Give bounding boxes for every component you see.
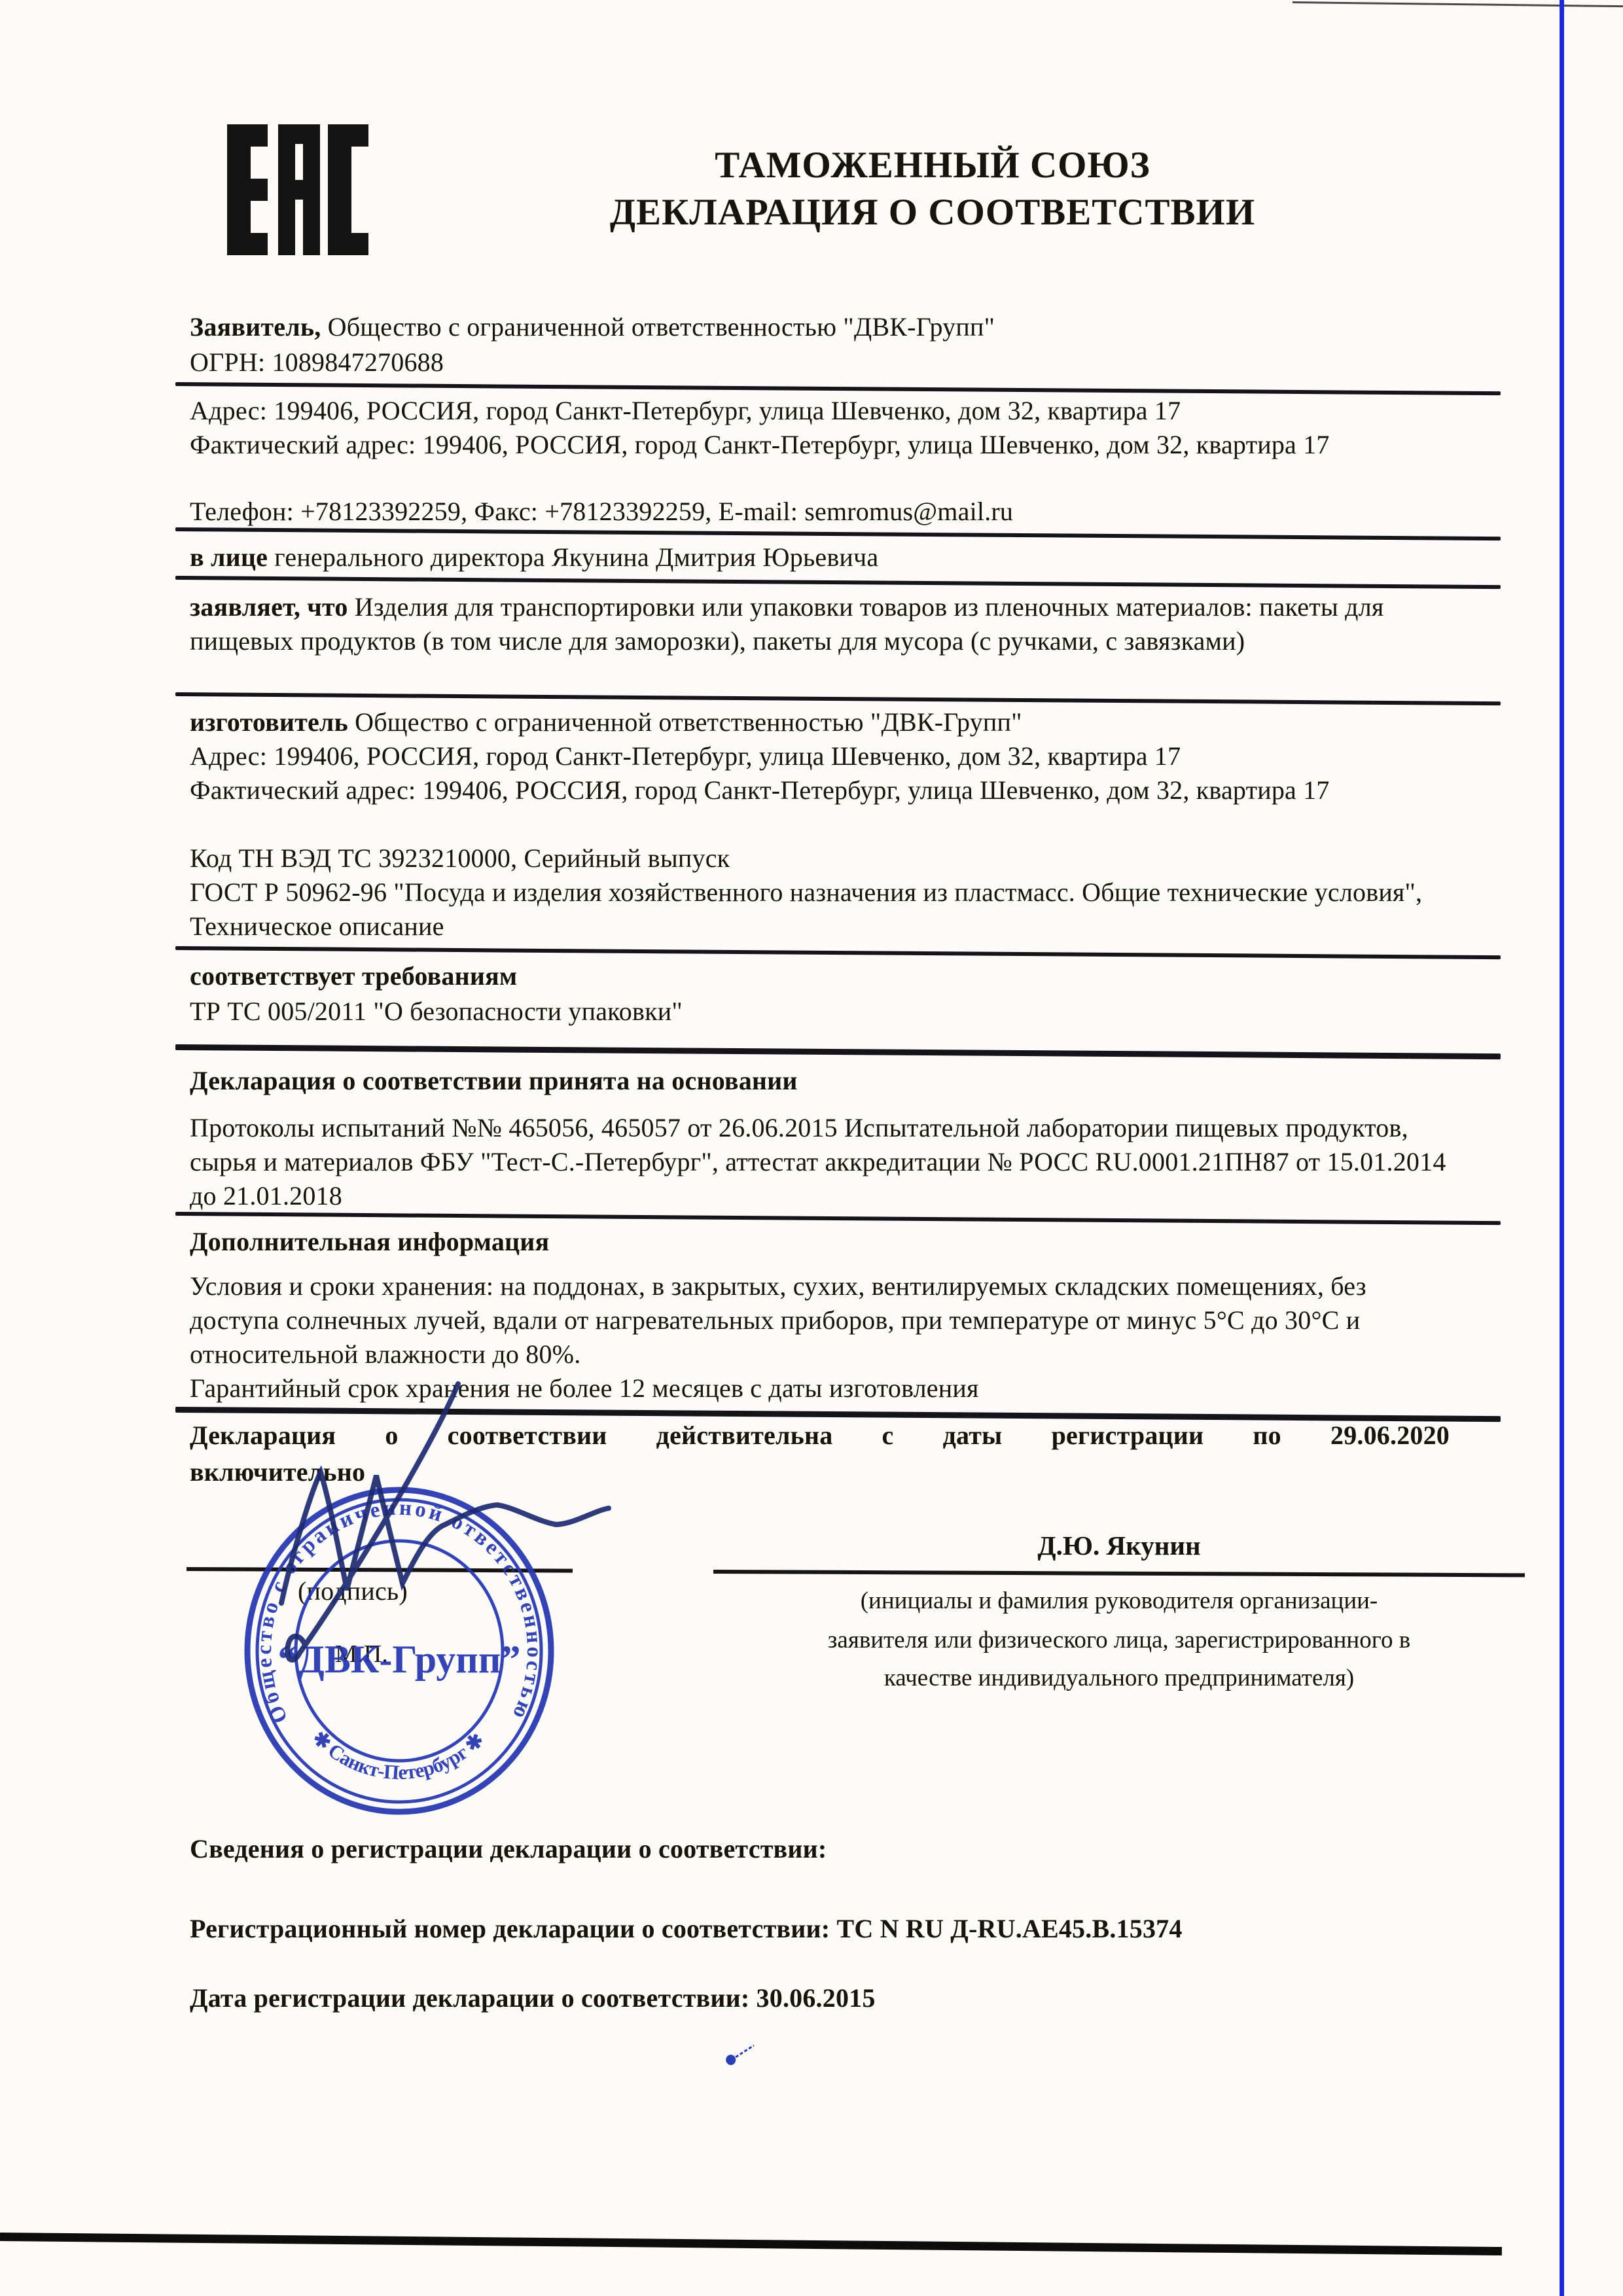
applicant-label: Заявитель, <box>190 312 321 342</box>
divider-rule <box>175 1044 1501 1059</box>
signatory-caption-2: заявителя или физического лица, зарегист… <box>713 1623 1525 1657</box>
divider-rule <box>175 1212 1501 1225</box>
manufacturer-address: Адрес: 199406, РОССИЯ, город Санкт-Петер… <box>190 739 1472 773</box>
manufacturer-line: изготовитель Общество с ограниченной отв… <box>190 705 1472 739</box>
registration-number: Регистрационный номер декларации о соотв… <box>190 1912 1472 1946</box>
basis-heading: Декларация о соответствии принята на осн… <box>190 1064 1472 1098</box>
scan-top-edge-line <box>1293 1 1623 7</box>
scan-bottom-edge-line <box>0 2233 1502 2255</box>
applicant-name: Общество с ограниченной ответственностью… <box>321 312 995 342</box>
tn-ved-line: Код ТН ВЭД ТС 3923210000, Серийный выпус… <box>190 841 1472 875</box>
applicant-line: Заявитель, Общество с ограниченной ответ… <box>190 310 1472 344</box>
applicant-address: Адрес: 199406, РОССИЯ, город Санкт-Петер… <box>190 394 1472 428</box>
conforms-heading: соответствует требованиям <box>190 959 1472 993</box>
signatory-caption-1: (инициалы и фамилия руководителя организ… <box>713 1584 1525 1618</box>
document-title-line2: ДЕКЛАРАЦИЯ О СООТВЕТСТВИИ <box>524 190 1342 236</box>
handwritten-signature <box>236 1361 668 1688</box>
svg-text:✱ Санкт-Петербург ✱: ✱ Санкт-Петербург ✱ <box>308 1726 489 1784</box>
document-title-line1: ТАМОЖЕННЫЙ СОЮЗ <box>524 143 1342 188</box>
protocols-paragraph: Протоколы испытаний №№ 465056, 465057 от… <box>190 1111 1472 1213</box>
manufacturer-label: изготовитель <box>190 707 348 737</box>
eac-logo-icon <box>227 124 368 255</box>
in-person-line: в лице генерального директора Якунина Дм… <box>190 540 1472 574</box>
registration-heading: Сведения о регистрации декларации о соот… <box>190 1832 1472 1866</box>
additional-heading: Дополнительная информация <box>190 1225 1472 1259</box>
signatory-caption-3: качестве индивидуального предпринимателя… <box>713 1661 1525 1695</box>
divider-rule <box>175 946 1501 959</box>
manufacturer-name: Общество с ограниченной ответственностью… <box>348 707 1022 737</box>
storage-paragraph: Условия и сроки хранения: на поддонах, в… <box>190 1269 1453 1371</box>
declaration-document-page: ТАМОЖЕННЫЙ СОЮЗ ДЕКЛАРАЦИЯ О СООТВЕТСТВИ… <box>0 0 1623 2296</box>
manufacturer-actual-address: Фактический адрес: 199406, РОССИЯ, город… <box>190 773 1427 807</box>
gost-line: ГОСТ Р 50962-96 "Посуда и изделия хозяйс… <box>190 875 1472 944</box>
in-person-name: генерального директора Якунина Дмитрия Ю… <box>268 542 878 572</box>
registration-date: Дата регистрации декларации о соответств… <box>190 1981 1472 2015</box>
tr-ts-line: ТР ТС 005/2011 "О безопасности упаковки" <box>190 995 1472 1029</box>
in-person-label: в лице <box>190 542 268 572</box>
divider-rule <box>175 692 1501 705</box>
applicant-ogrn: ОГРН: 1089847270688 <box>190 345 1472 380</box>
head-name: Д.Ю. Якунин <box>713 1528 1525 1563</box>
declares-text: Изделия для транспортировки или упаковки… <box>190 592 1383 656</box>
stamp-ring-bottom-text: ✱ Санкт-Петербург ✱ <box>308 1726 489 1784</box>
signature-line-right <box>713 1570 1525 1577</box>
declares-paragraph: заявляет, что Изделия для транспортировк… <box>190 590 1472 658</box>
form-blue-border-line <box>1560 0 1564 2296</box>
divider-rule <box>175 576 1501 589</box>
ink-mark <box>720 2028 772 2081</box>
applicant-contacts: Телефон: +78123392259, Факс: +7812339225… <box>190 495 1472 529</box>
divider-rule <box>175 527 1501 540</box>
declares-label: заявляет, что <box>190 592 348 622</box>
applicant-actual-address: Фактический адрес: 199406, РОССИЯ, город… <box>190 428 1427 462</box>
